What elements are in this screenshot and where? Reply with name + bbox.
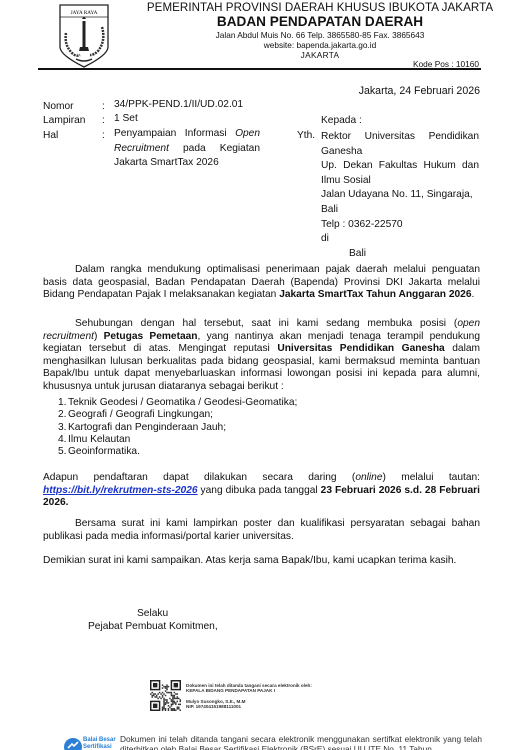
lampiran-label: Lampiran [43,115,85,126]
kepada-label: Kepada : [321,115,362,126]
signature-role: Pejabat Pembuat Komitmen, [88,621,218,632]
nomor-colon: : [102,101,105,112]
list-item: 3.Kartografi dan Penginderaan Jauh; [58,422,297,434]
recipient-line: Ganesha [321,145,479,160]
svg-text:JAYA RAYA: JAYA RAYA [71,10,98,16]
government-name: PEMERINTAH PROVINSI DAERAH KHUSUS IBUKOT… [120,1,520,14]
esign-nip: NIP. 197404151988111001 [186,704,312,709]
bsre-brand: Balai Besar Sertifikasi [83,737,116,750]
list-item: 4.Ilmu Kelautan [58,434,297,446]
recipient-line: di [321,232,479,247]
nomor-label: Nomor [43,101,74,112]
recipient-line: Ilmu Sosial [321,174,479,189]
letter-date: Jakarta, 24 Februari 2026 [359,85,480,97]
recipient-line: Telp : 0362-22570 [321,218,479,233]
recipient-line: Bali [321,203,479,218]
registration-link[interactable]: https://bit.ly/rekrutmen-sts-2026 [43,485,198,496]
electronic-signature-block: Dokumen ini telah ditanda tangani secara… [186,683,312,710]
bsre-logo-icon [63,737,83,750]
jakarta-coat-of-arms-icon: JAYA RAYA [58,3,110,69]
hal-label: Hal [43,130,58,141]
lampiran-colon: : [102,115,105,126]
recipient-line: Bali [321,247,479,262]
recipient-line: Up. Dekan Fakultas Hukum dan [321,159,479,174]
hal-colon: : [102,130,105,141]
agency-address: Jalan Abdul Muis No. 66 Telp. 3865580-85… [120,30,520,40]
agency-website: website: bapenda.jakarta.go.id [120,40,520,50]
recipient-address: Rektor Universitas Pendidikan Ganesha Up… [321,130,479,261]
list-item: 5.Geoinformatika. [58,446,297,458]
paragraph-attachment: Bersama surat ini kami lampirkan poster … [43,518,480,543]
paragraph-recruitment: Sehubungan dengan hal tersebut, saat ini… [43,318,480,393]
agency-name: BADAN PENDAPATAN DAERAH [120,14,520,29]
lampiran-value: 1 Set [114,112,260,127]
footer-disclaimer: Dokumen ini telah ditanda tangani secara… [120,735,482,750]
qr-code-icon [150,680,181,711]
yth-label: Yth. [297,130,315,141]
list-item: 1.Teknik Geodesi / Geomatika / Geodesi-G… [58,397,297,409]
paragraph-intro: Dalam rangka mendukung optimalisasi pene… [43,264,480,302]
signature-role-prefix: Selaku [137,608,168,619]
majors-list: 1.Teknik Geodesi / Geomatika / Geodesi-G… [58,397,297,458]
nomor-value: 34/PPK-PEND.1/II/UD.02.01 [114,98,260,113]
hal-value: Penyampaian Informasi Open Recruitment p… [114,127,260,171]
recipient-line: Rektor Universitas Pendidikan [321,130,479,145]
paragraph-closing: Demikian surat ini kami sampaikan. Atas … [43,555,480,568]
list-item: 2.Geografi / Geografi Lingkungan; [58,409,297,421]
recipient-line: Jalan Udayana No. 11, Singaraja, [321,188,479,203]
paragraph-registration: Adapun pendaftaran dapat dilakukan secar… [43,472,480,510]
letterhead-divider [38,68,481,70]
